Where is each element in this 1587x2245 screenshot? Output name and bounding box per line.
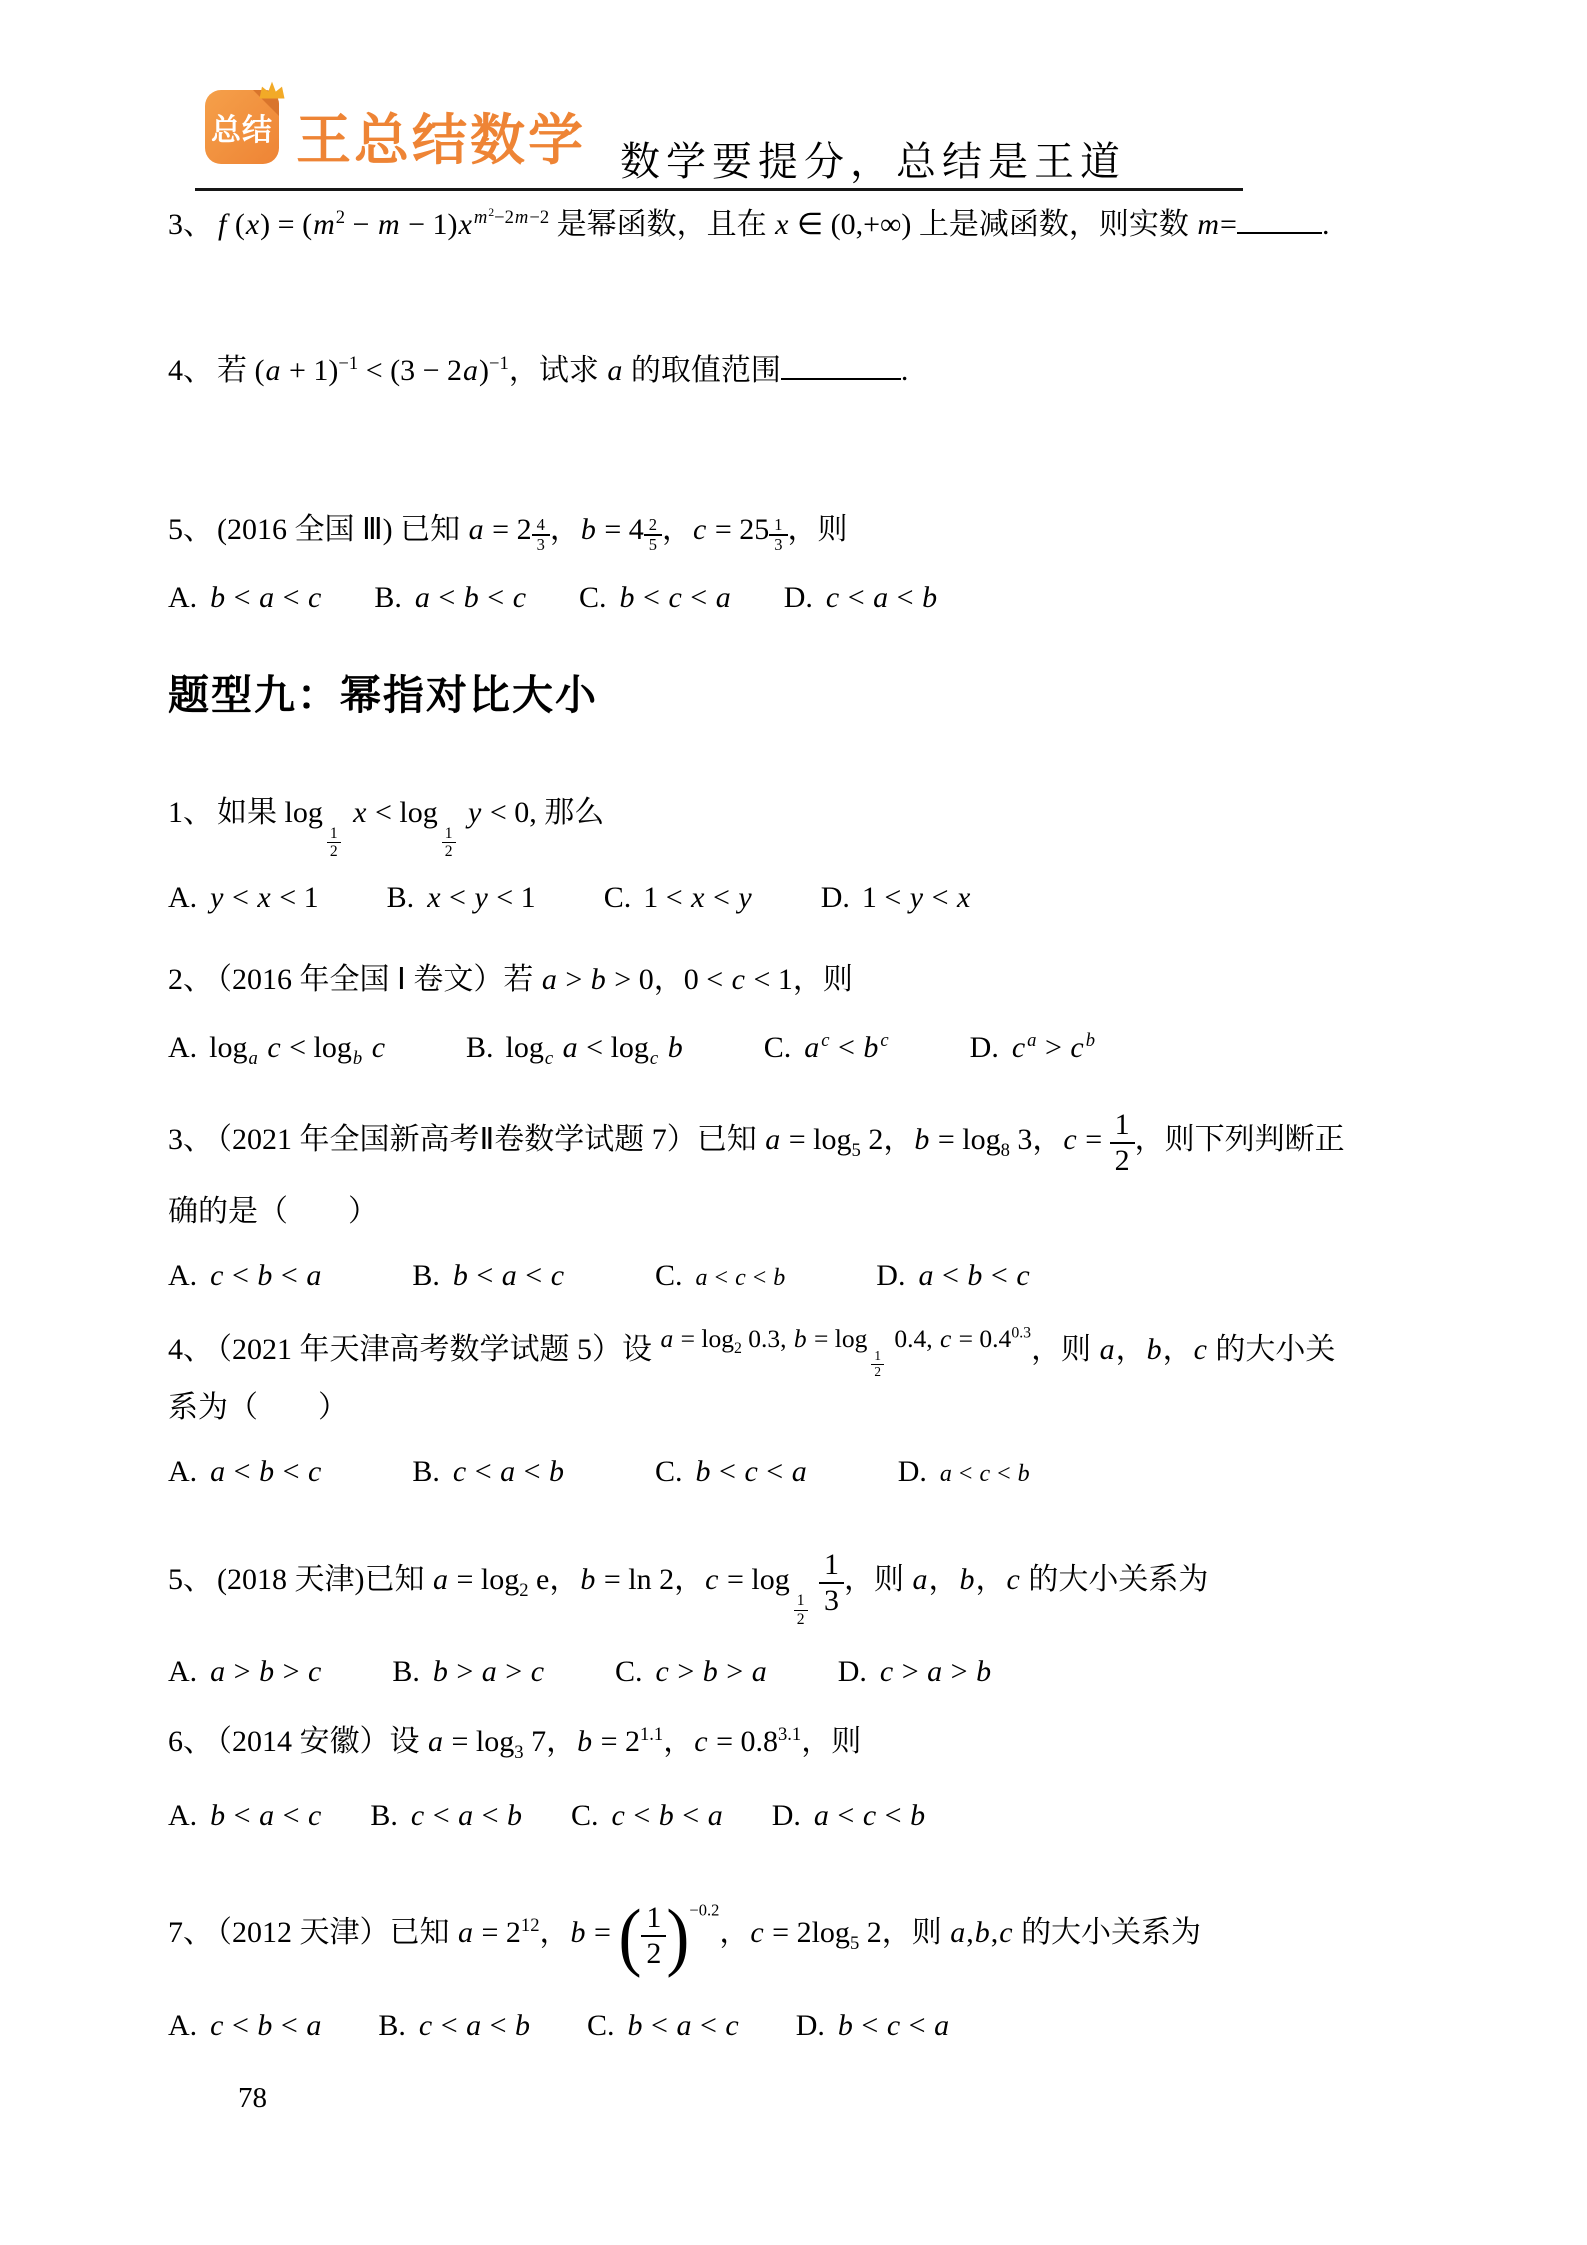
problem-number: 5、 [168,1563,213,1596]
option-label: B. [392,1652,420,1693]
option-math: 1 < x < y [643,878,753,919]
option-math: logc a < logc b [506,1028,684,1071]
option-label: B. [466,1028,494,1069]
option-math: b < c < a [837,2006,950,2047]
option-label: B. [412,1452,440,1493]
option-label: D. [821,878,850,919]
problem-3-options: A.c < b < a B.b < a < c C.a < c < b D.a … [168,1256,1438,1297]
option-label: C. [579,578,607,619]
problem-number: 7、 [168,1916,213,1949]
badge-text: 总结 [211,105,273,149]
option-c: C.b < c < a [579,578,732,619]
brand-title: 王总结数学 [296,96,586,175]
option-a: A.a < b < c [168,1452,322,1493]
option-a: A.b < a < c [168,578,322,619]
option-a: A.a > b > c [168,1652,322,1693]
option-d: D.a < c < b [898,1452,1031,1493]
option-math: y < x < 1 [209,878,319,919]
option-math: b < a < c [452,1256,565,1297]
problem-stem: （2014 安徽）设 a = log3 7，b = 21.1，c = 0.83.… [217,1725,861,1758]
problem-3-stem-line2: 确的是（ ） [168,1192,1438,1233]
crown-icon [257,76,287,110]
problem-number: 6、 [168,1725,213,1758]
problem-number: 2、 [168,963,213,996]
option-label: C. [615,1652,643,1693]
option-label: A. [168,878,197,919]
problem-top-5: 5、(2016 全国 Ⅲ) 已知 a = 243，b = 425，c = 251… [168,510,1438,555]
option-math: ca > cb [1011,1028,1096,1069]
option-d: D.c > a > b [838,1652,992,1693]
option-math: b < c < a [619,578,732,619]
problem-top-5-options: A.b < a < c B.a < b < c C.b < c < a D.c … [168,578,1438,619]
option-label: D. [784,578,813,619]
brand-tagline: 数学要提分，总结是王道 [620,130,1126,187]
option-b: B.c < a < b [370,1796,523,1837]
option-math: c < a < b [452,1452,565,1493]
brand-logo-badge: 总结 [205,90,279,164]
option-label: C. [587,2006,615,2047]
option-math: c < b < a [209,2006,322,2047]
option-a: A.c < b < a [168,2006,322,2047]
problem-top-4: 4、若 (a + 1)−1 < (3 − 2a)−1，试求 a 的取值范围. [168,348,1438,392]
option-math: a > b > c [209,1652,322,1693]
option-math: c < a < b [418,2006,531,2047]
option-math: c < a < b [410,1796,523,1837]
problem-4-stem-line2: 系为（ ） [168,1388,1438,1429]
option-d: D.b < c < a [796,2006,950,2047]
problem-7: 7、（2012 天津）已知 a = 212，b = (12)−0.2，c = 2… [168,1900,1438,1970]
problem-stem: （2021 年全国新高考Ⅱ卷数学试题 7）已知 a = log5 2，b = l… [217,1123,1345,1156]
option-math: c > b > a [655,1652,768,1693]
header-divider [195,188,1243,191]
option-d: D.1 < y < x [821,878,972,919]
option-math: b < c < a [695,1452,808,1493]
option-math: a < c < b [813,1796,926,1837]
option-b: B.a < b < c [374,578,527,619]
option-label: C. [655,1256,683,1297]
problem-7-options: A.c < b < a B.c < a < b C.b < a < c D.b … [168,2006,1438,2047]
option-label: A. [168,1028,197,1069]
option-math: x < y < 1 [426,878,536,919]
option-b: B.logc a < logc b [466,1028,684,1071]
problem-1-options: A.y < x < 1 B.x < y < 1 C.1 < x < y D.1 … [168,878,1438,919]
problem-5-options: A.a > b > c B.b > a > c C.c > b > a D.c … [168,1652,1438,1693]
problem-number: 3、 [168,1123,213,1156]
problem-6-options: A.b < a < c B.c < a < b C.c < b < a D.a … [168,1796,1438,1837]
problem-5: 5、(2018 天津)已知 a = log2 e，b = ln 2，c = lo… [168,1548,1438,1628]
option-label: D. [876,1256,905,1297]
option-b: B.b < a < c [412,1256,565,1297]
option-math: a < c < b [939,1452,1031,1493]
problem-number: 5、 [168,513,213,546]
option-math: a < b < c [917,1256,1030,1297]
option-math: b < a < c [209,578,322,619]
option-label: A. [168,2006,197,2047]
option-d: D.a < c < b [772,1796,926,1837]
option-math: ac < bc [803,1028,889,1069]
problem-number: 3、 [168,208,213,241]
problem-stem: 若 (a + 1)−1 < (3 − 2a)−1，试求 a 的取值范围. [217,354,908,387]
problem-stem: （2021 年天津高考数学试题 5）设 a = log2 0.3, b = lo… [217,1333,1335,1366]
option-label: A. [168,578,197,619]
option-c: C.c > b > a [615,1652,768,1693]
option-a: A.loga c < logb c [168,1028,386,1071]
option-b: B.c < a < b [412,1452,565,1493]
problem-stem: f (x) = (m2 − m − 1)xm2−2m−2 是幂函数，且在 x ∈… [217,208,1329,241]
problem-stem: （2016 年全国 Ⅰ 卷文）若 a > b > 0，0 < c < 1，则 [217,963,853,996]
option-label: D. [838,1652,867,1693]
option-label: C. [604,878,632,919]
option-math: loga c < logb c [209,1028,386,1071]
option-d: D.c < a < b [784,578,938,619]
option-label: B. [387,878,415,919]
option-c: C.ac < bc [764,1028,890,1069]
option-label: D. [772,1796,801,1837]
option-math: a < c < b [695,1256,787,1297]
problem-stem: （2012 天津）已知 a = 212，b = (12)−0.2，c = 2lo… [217,1916,1201,1949]
option-label: C. [655,1452,683,1493]
option-b: B.x < y < 1 [387,878,536,919]
option-label: C. [764,1028,792,1069]
option-math: c < b < a [209,1256,322,1297]
problem-stem: (2016 全国 Ⅲ) 已知 a = 243，b = 425，c = 2513，… [217,513,848,546]
option-math: c < b < a [611,1796,724,1837]
option-label: D. [898,1452,927,1493]
option-label: B. [370,1796,398,1837]
option-label: B. [412,1256,440,1297]
option-math: c > a > b [879,1652,992,1693]
option-b: B.b > a > c [392,1652,545,1693]
option-math: a < b < c [414,578,527,619]
problem-1: 1、如果 log12 x < log12 y < 0, 那么 [168,793,1438,861]
option-label: A. [168,1796,197,1837]
problem-4: 4、（2021 年天津高考数学试题 5）设 a = log2 0.3, b = … [168,1330,1438,1392]
option-c: C.c < b < a [571,1796,724,1837]
section-heading: 题型九：幂指对比大小 [168,668,1438,723]
problem-6: 6、（2014 安徽）设 a = log3 7，b = 21.1，c = 0.8… [168,1722,1438,1765]
option-b: B.c < a < b [378,2006,531,2047]
option-label: D. [970,1028,999,1069]
option-label: A. [168,1652,197,1693]
option-c: C.b < a < c [587,2006,740,2047]
problem-number: 1、 [168,796,213,829]
option-math: c < a < b [825,578,938,619]
option-c: C.a < c < b [655,1256,786,1297]
option-math: b < a < c [209,1796,322,1837]
problem-number: 4、 [168,1333,213,1366]
option-c: C.1 < x < y [604,878,753,919]
option-a: A.b < a < c [168,1796,322,1837]
option-label: B. [378,2006,406,2047]
problem-stem: (2018 天津)已知 a = log2 e，b = ln 2，c = log1… [217,1563,1208,1596]
option-math: a < b < c [209,1452,322,1493]
option-math: b < a < c [627,2006,740,2047]
option-c: C.b < c < a [655,1452,808,1493]
option-label: B. [374,578,402,619]
option-a: A.y < x < 1 [168,878,319,919]
problem-number: 4、 [168,354,213,387]
option-d: D.ca > cb [970,1028,1096,1069]
problem-3: 3、（2021 年全国新高考Ⅱ卷数学试题 7）已知 a = log5 2，b =… [168,1108,1438,1177]
option-a: A.c < b < a [168,1256,322,1297]
problem-2: 2、（2016 年全国 Ⅰ 卷文）若 a > b > 0，0 < c < 1，则 [168,960,1438,1001]
option-label: C. [571,1796,599,1837]
option-label: A. [168,1452,197,1493]
problem-2-options: A.loga c < logb c B.logc a < logc b C.ac… [168,1028,1438,1071]
page-number: 78 [238,2082,267,2115]
option-math: 1 < y < x [862,878,972,919]
option-label: A. [168,1256,197,1297]
option-math: b > a > c [432,1652,545,1693]
option-d: D.a < b < c [876,1256,1030,1297]
problem-4-options: A.a < b < c B.c < a < b C.b < c < a D.a … [168,1452,1438,1493]
problem-top-3: 3、f (x) = (m2 − m − 1)xm2−2m−2 是幂函数，且在 x… [168,202,1438,246]
problem-stem: 如果 log12 x < log12 y < 0, 那么 [217,796,604,829]
option-label: D. [796,2006,825,2047]
worksheet-page: 总结 王总结数学 数学要提分，总结是王道 3、f (x) = (m2 − m −… [0,0,1587,2245]
